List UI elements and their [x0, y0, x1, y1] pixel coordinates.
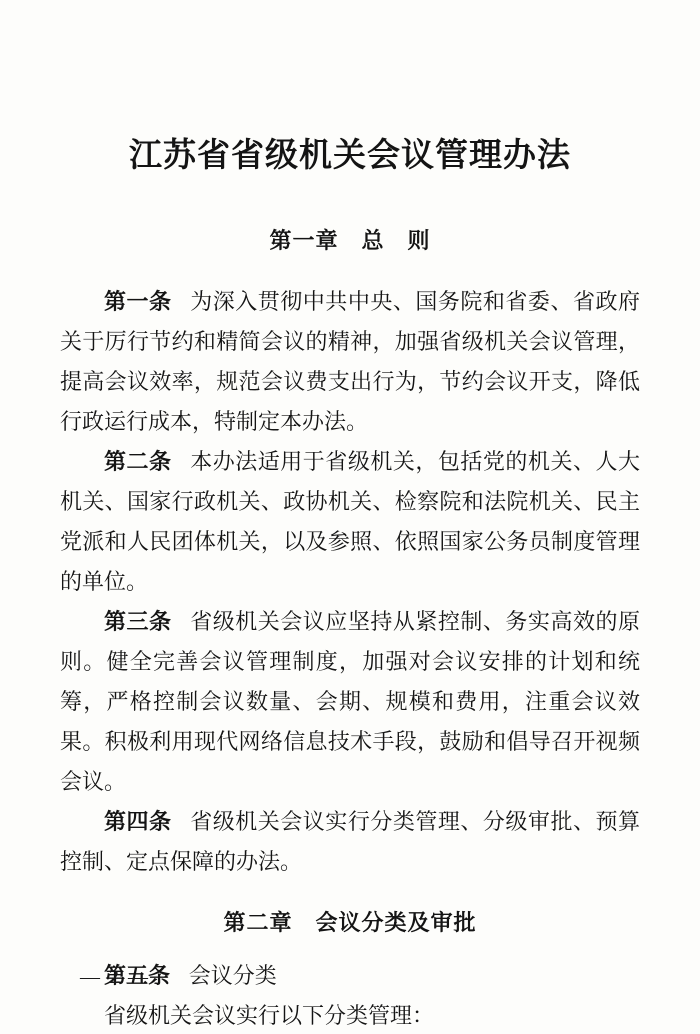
article-1-label: 第一条: [104, 289, 172, 314]
document-title: 江苏省省级机关会议管理办法: [0, 0, 700, 178]
document-page: 江苏省省级机关会议管理办法 第一章 总 则 第一条为深入贯彻中共中央、国务院和省…: [0, 0, 700, 1034]
article-3: 第三条省级机关会议应坚持从紧控制、务实高效的原则。健全完善会议管理制度，加强对会…: [60, 602, 640, 802]
article-3-text: 省级机关会议应坚持从紧控制、务实高效的原则。健全完善会议管理制度，加强对会议安排…: [60, 609, 640, 794]
page-number: — 2 —: [80, 963, 150, 991]
article-5-intro-line: 省级机关会议实行以下分类管理：: [60, 996, 640, 1034]
article-5-intro-text: 省级机关会议实行以下分类管理：: [104, 1003, 434, 1028]
chapter-1-heading: 第一章 总 则: [0, 226, 700, 256]
article-2-label: 第二条: [104, 449, 172, 474]
article-5-text: 会议分类: [189, 963, 277, 988]
article-1: 第一条为深入贯彻中共中央、国务院和省委、省政府关于厉行节约和精简会议的精神，加强…: [60, 282, 640, 442]
article-2: 第二条本办法适用于省级机关，包括党的机关、人大机关、国家行政机关、政协机关、检察…: [60, 442, 640, 602]
article-3-label: 第三条: [104, 609, 172, 634]
article-4-label: 第四条: [104, 809, 172, 834]
chapter-2-heading: 第二章 会议分类及审批: [60, 908, 640, 938]
document-body: 第一条为深入贯彻中共中央、国务院和省委、省政府关于厉行节约和精简会议的精神，加强…: [60, 282, 640, 1034]
article-4: 第四条省级机关会议实行分类管理、分级审批、预算控制、定点保障的办法。: [60, 802, 640, 882]
